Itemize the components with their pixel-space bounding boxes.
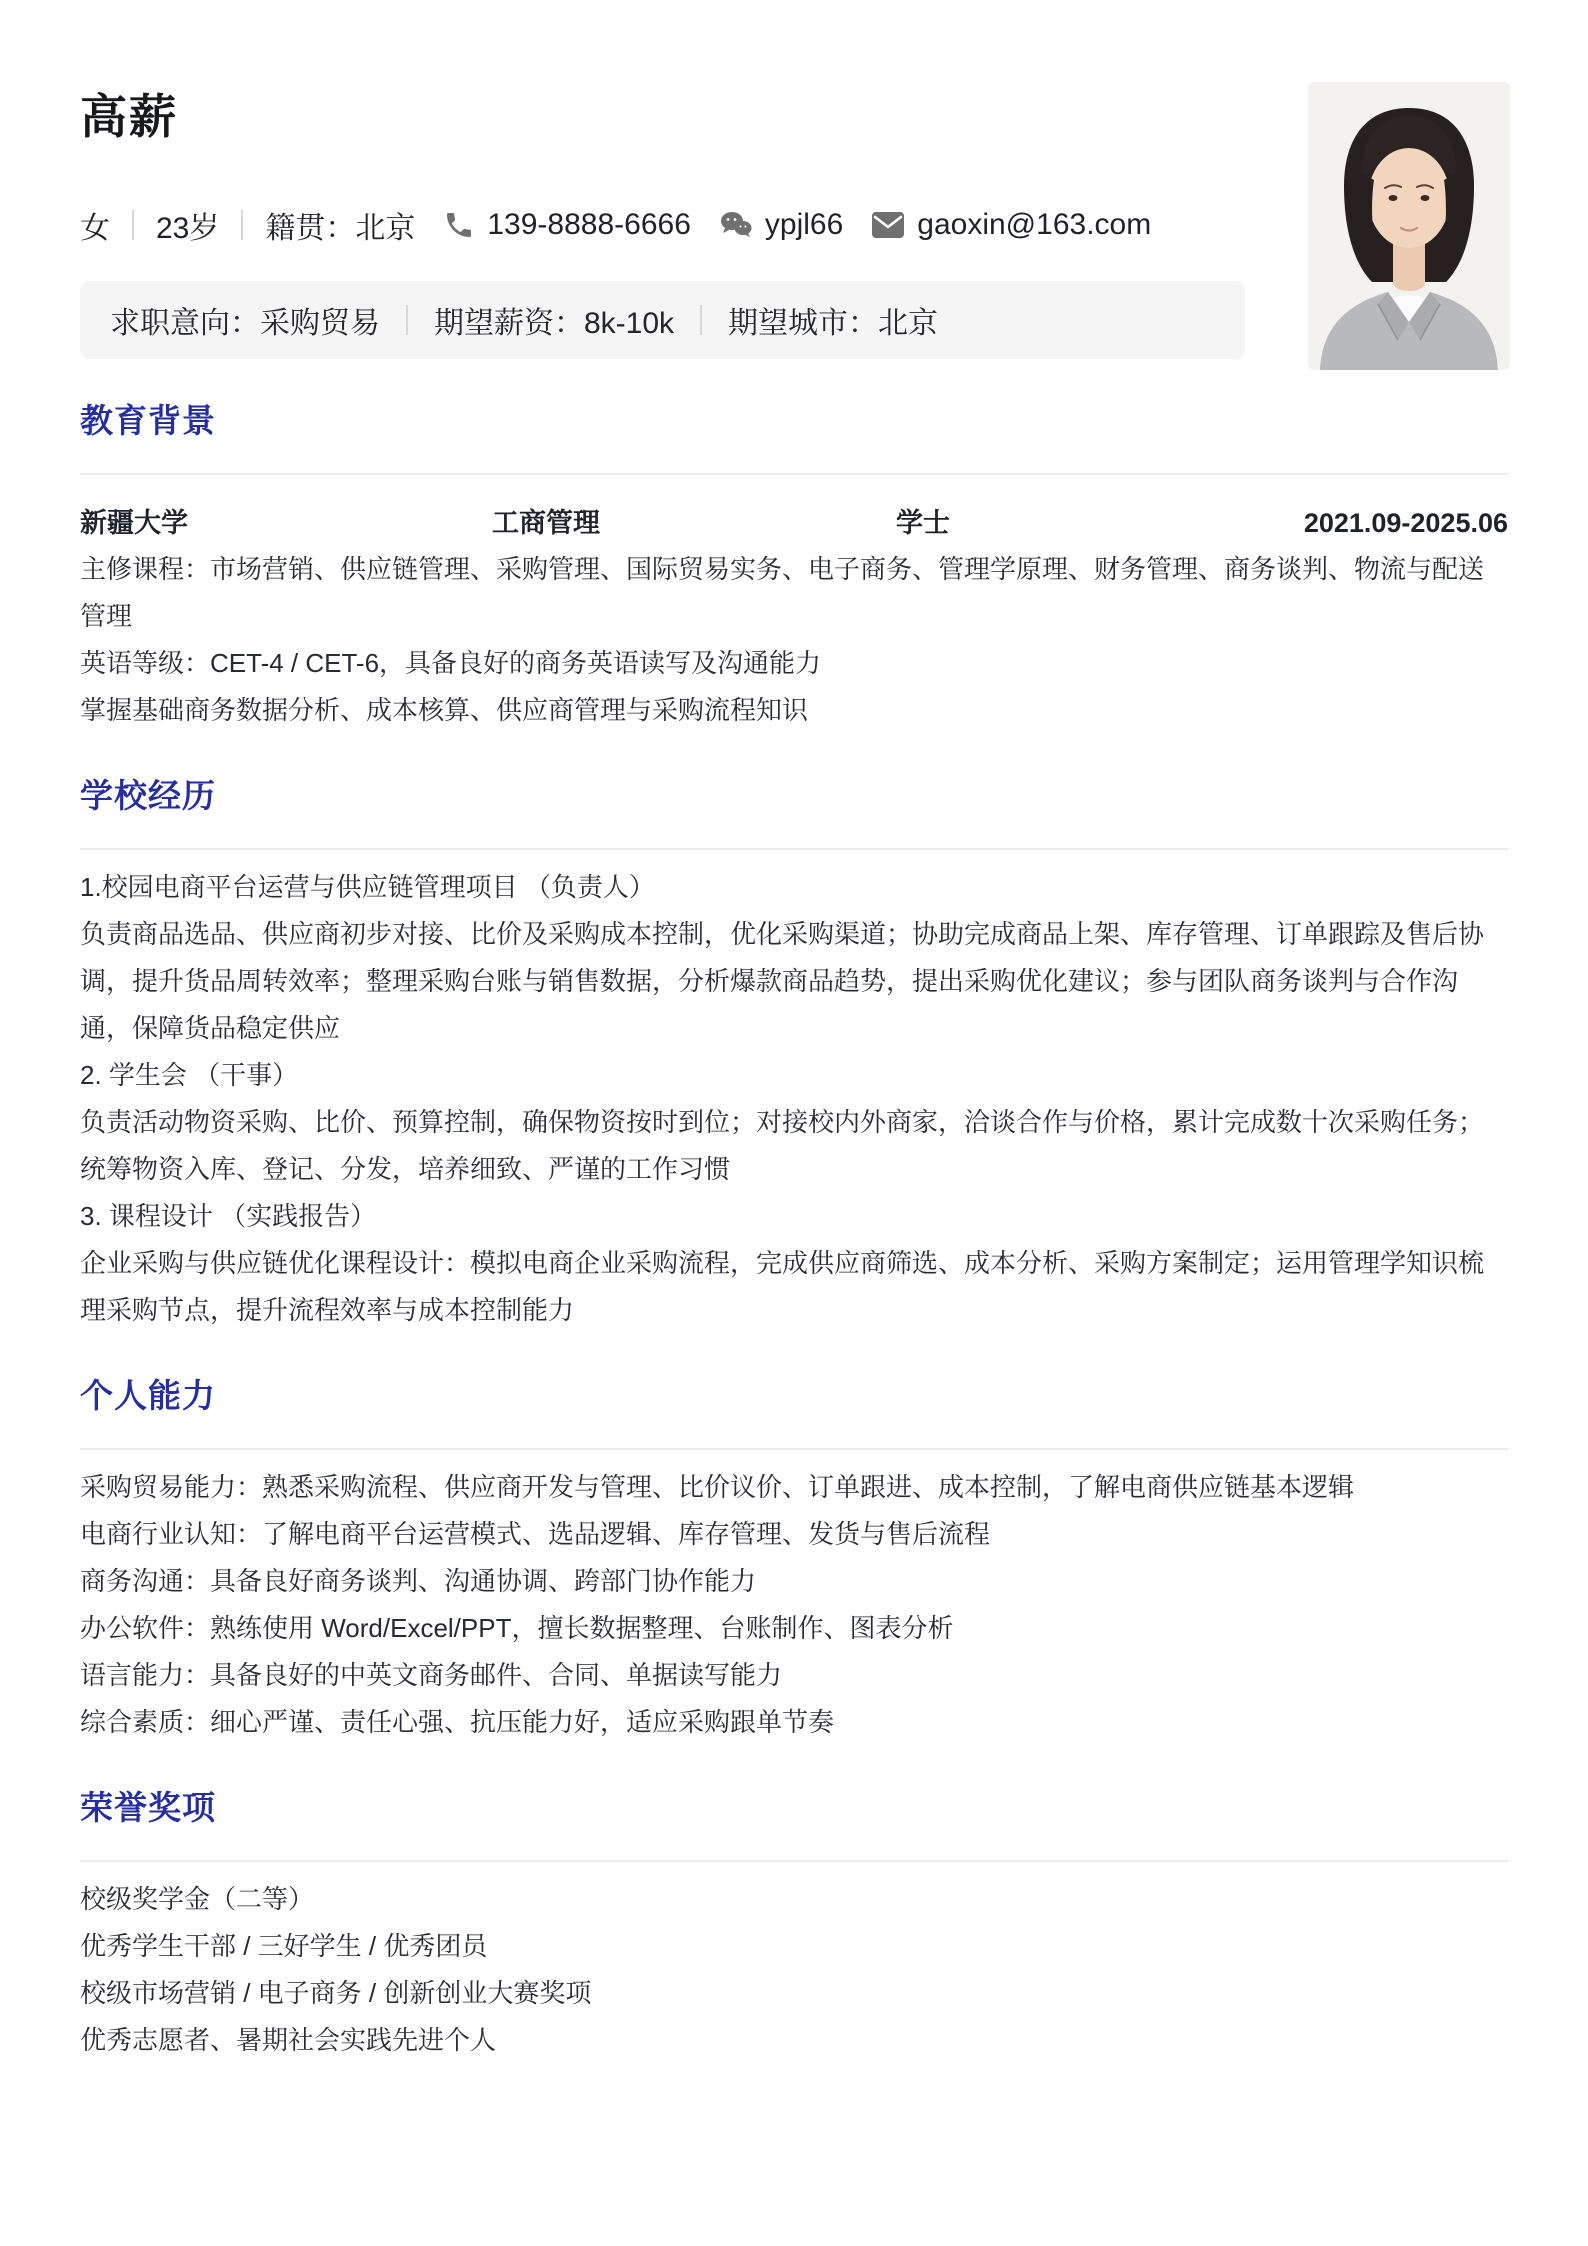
skill-line: 商务沟通：具备良好商务谈判、沟通协调、跨部门协作能力 — [80, 1558, 1508, 1605]
education-period: 2021.09-2025.06 — [1304, 508, 1508, 539]
intent-position: 求职意向：采购贸易 — [110, 298, 380, 342]
skill-line: 电商行业认知：了解电商平台运营模式、选品逻辑、库存管理、发货与售后流程 — [80, 1511, 1508, 1558]
experience-item-title: 2. 学生会 （干事） — [80, 1052, 1508, 1099]
honor-line: 优秀学生干部 / 三好学生 / 优秀团员 — [80, 1923, 1508, 1970]
mail-icon — [871, 211, 905, 239]
intent-salary: 期望薪资：8k-10k — [434, 298, 674, 342]
section-divider — [80, 1860, 1508, 1862]
separator — [241, 210, 243, 240]
phone-icon — [443, 209, 475, 241]
separator — [132, 210, 134, 240]
experience-item-desc: 负责活动物资采购、比价、预算控制，确保物资按时到位；对接校内外商家，洽谈合作与价… — [80, 1099, 1508, 1193]
section-education: 教育背景 新疆大学 工商管理 学士 2021.09-2025.06 主修课程：市… — [80, 399, 1508, 734]
separator — [700, 305, 702, 335]
honor-line: 优秀志愿者、暑期社会实践先进个人 — [80, 2017, 1508, 2064]
school-name: 新疆大学 — [80, 501, 492, 540]
section-title-experience: 学校经历 — [80, 774, 1508, 818]
experience-details: 1.校园电商平台运营与供应链管理项目 （负责人） 负责商品选品、供应商初步对接、… — [80, 864, 1508, 1334]
gender-value: 女 — [80, 203, 110, 247]
phone-number: 139-8888-6666 — [487, 208, 691, 242]
honor-line: 校级奖学金（二等） — [80, 1876, 1508, 1923]
education-row: 新疆大学 工商管理 学士 2021.09-2025.06 — [80, 501, 1508, 540]
skill-line: 语言能力：具备良好的中英文商务邮件、合同、单据读写能力 — [80, 1652, 1508, 1699]
education-detail-line: 掌握基础商务数据分析、成本核算、供应商管理与采购流程知识 — [80, 687, 1508, 734]
wechat-icon — [719, 210, 753, 240]
section-divider — [80, 473, 1508, 475]
section-title-education: 教育背景 — [80, 399, 1508, 443]
intent-city: 期望城市：北京 — [728, 298, 938, 342]
basic-info-row: 女 23岁 籍贯：北京 139-8888-6666 ypjl66 — [80, 205, 1508, 245]
email-address: gaoxin@163.com — [917, 208, 1151, 242]
section-title-honors: 荣誉奖项 — [80, 1786, 1508, 1830]
degree-name: 学士 — [896, 501, 1304, 540]
separator — [406, 305, 408, 335]
experience-item-desc: 企业采购与供应链优化课程设计：模拟电商企业采购流程，完成供应商筛选、成本分析、采… — [80, 1240, 1508, 1334]
section-title-skills: 个人能力 — [80, 1374, 1508, 1418]
education-details: 主修课程：市场营销、供应链管理、采购管理、国际贸易实务、电子商务、管理学原理、财… — [80, 546, 1508, 734]
education-detail-line: 主修课程：市场营销、供应链管理、采购管理、国际贸易实务、电子商务、管理学原理、财… — [80, 546, 1508, 640]
experience-item-title: 1.校园电商平台运营与供应链管理项目 （负责人） — [80, 864, 1508, 911]
honors-details: 校级奖学金（二等） 优秀学生干部 / 三好学生 / 优秀团员 校级市场营销 / … — [80, 1876, 1508, 2064]
section-experience: 学校经历 1.校园电商平台运营与供应链管理项目 （负责人） 负责商品选品、供应商… — [80, 774, 1508, 1334]
section-honors: 荣誉奖项 校级奖学金（二等） 优秀学生干部 / 三好学生 / 优秀团员 校级市场… — [80, 1786, 1508, 2064]
major-name: 工商管理 — [492, 501, 896, 540]
section-skills: 个人能力 采购贸易能力：熟悉采购流程、供应商开发与管理、比价议价、订单跟进、成本… — [80, 1374, 1508, 1746]
skills-details: 采购贸易能力：熟悉采购流程、供应商开发与管理、比价议价、订单跟进、成本控制，了解… — [80, 1464, 1508, 1746]
skill-line: 办公软件：熟练使用 Word/Excel/PPT，擅长数据整理、台账制作、图表分… — [80, 1605, 1508, 1652]
resume-page: 高薪 女 23岁 籍贯：北京 139-8888-6666 ypjl66 — [0, 0, 1588, 2246]
candidate-name: 高薪 — [80, 91, 1508, 143]
honor-line: 校级市场营销 / 电子商务 / 创新创业大赛奖项 — [80, 1970, 1508, 2017]
wechat-id: ypjl66 — [765, 208, 843, 242]
education-detail-line: 英语等级：CET-4 / CET-6，具备良好的商务英语读写及沟通能力 — [80, 640, 1508, 687]
section-divider — [80, 848, 1508, 850]
skill-line: 采购贸易能力：熟悉采购流程、供应商开发与管理、比价议价、订单跟进、成本控制，了解… — [80, 1464, 1508, 1511]
skill-line: 综合素质：细心严谨、责任心强、抗压能力好，适应采购跟单节奏 — [80, 1699, 1508, 1746]
age-value: 23岁 — [156, 203, 219, 247]
candidate-portrait — [1308, 82, 1510, 370]
experience-item-desc: 负责商品选品、供应商初步对接、比价及采购成本控制，优化采购渠道；协助完成商品上架… — [80, 911, 1508, 1052]
section-divider — [80, 1448, 1508, 1450]
experience-item-title: 3. 课程设计 （实践报告） — [80, 1193, 1508, 1240]
job-intent-bar: 求职意向：采购贸易 期望薪资：8k-10k 期望城市：北京 — [80, 281, 1245, 359]
origin-value: 籍贯：北京 — [265, 203, 415, 247]
